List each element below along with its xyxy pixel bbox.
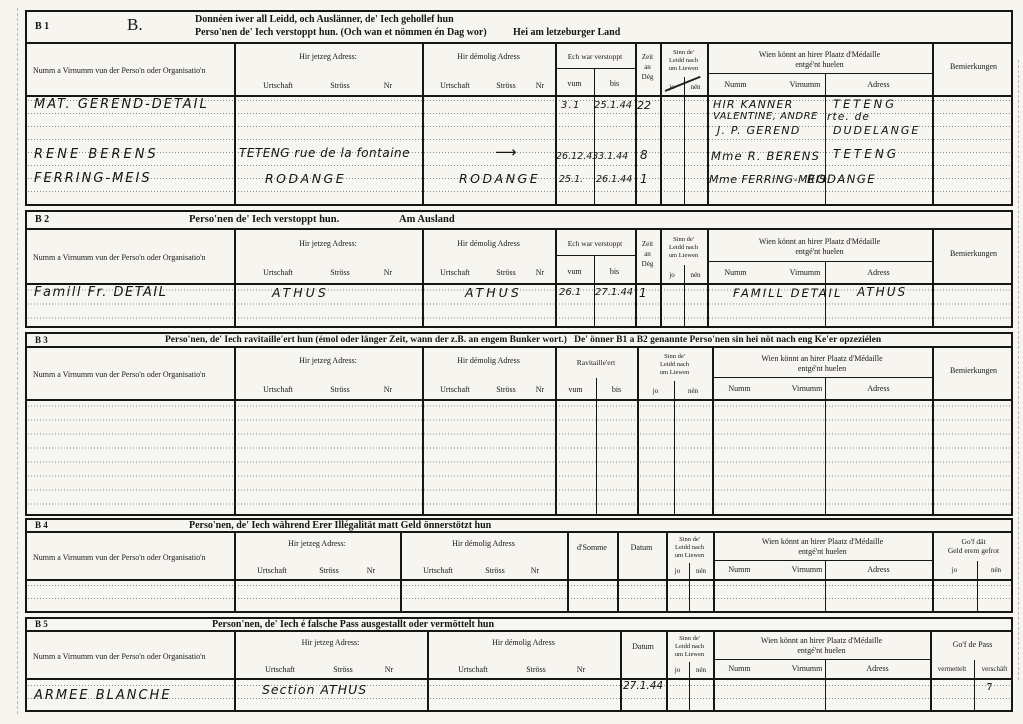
handwritten-medal-adress: ATHUS	[857, 285, 907, 299]
section-b4: B 4 Perso'nen, de' Iech während Erer Ill…	[25, 518, 1013, 613]
grid-line	[567, 581, 569, 611]
grid-line	[689, 662, 690, 678]
b3-col-ravi: Ravitaille'ert	[555, 358, 637, 367]
grid-line	[977, 561, 978, 579]
grid-line	[617, 533, 619, 579]
grid-line	[637, 401, 639, 514]
grid-line	[713, 533, 715, 579]
handwritten-address: ATHUS	[272, 285, 329, 300]
grid-line	[932, 44, 934, 95]
grid-line	[234, 285, 236, 326]
handwritten-vum: 26.12.43	[556, 151, 598, 162]
grid-line	[555, 348, 557, 399]
b3-sub-stross1: Ströss	[315, 385, 365, 394]
grid-line	[422, 285, 424, 326]
grid-line	[234, 230, 236, 283]
b5-col-demolig: Hir démolig Adress	[427, 638, 620, 647]
grid-line	[713, 659, 930, 660]
b1-sub-numm: Numm	[713, 80, 758, 89]
handwritten-bis: 26.1.44	[596, 174, 632, 185]
grid-line	[825, 377, 826, 399]
handwritten-zeit: 1	[640, 172, 649, 186]
b4-sub-jo: jo	[666, 567, 689, 575]
b1-col-sinn2: Leidd nach	[660, 57, 707, 64]
handwritten-medal-adress: TETENG	[833, 147, 899, 161]
b1-col-verstoppt: Ech war verstoppt	[555, 52, 635, 61]
grid-line	[660, 230, 662, 283]
grid-line	[666, 632, 668, 678]
b1-sub-stross2: Ströss	[485, 81, 527, 90]
b4-sub-adress: Adress	[827, 565, 930, 574]
grid-line	[555, 285, 557, 326]
b1-label: B 1	[35, 21, 49, 32]
b4-sub-gof-jo: jo	[932, 566, 977, 574]
grid-line	[660, 44, 662, 95]
grid-line	[712, 348, 714, 399]
grid-line	[400, 533, 402, 579]
b2-col-zeit1: Zeit	[635, 240, 660, 248]
b5-col-sinn1: Sinn de'	[666, 635, 713, 642]
b2-col-sinn2: Leidd nach	[660, 244, 707, 251]
section-b2: B 2 Perso'nen de' Iech verstoppt hun. Am…	[25, 210, 1013, 328]
b4-sub-nr2: Nr	[521, 566, 549, 575]
b1-sub-nen: nén	[684, 83, 707, 91]
b4-col-demolig: Hir démolig Adress	[400, 539, 567, 548]
b3-title-part1: Perso'nen, de' Iech ravitaille'ert hun (…	[165, 335, 567, 345]
b2-sub-nr1: Nr	[373, 268, 403, 277]
b3-col-sinn1: Sinn de'	[637, 353, 712, 360]
grid-line	[684, 285, 685, 326]
grid-line	[932, 581, 934, 611]
b1-sub-urtschaft2: Urtschaft	[425, 81, 485, 90]
grid-line	[666, 680, 668, 710]
grid-line	[400, 581, 402, 611]
grid-line	[234, 401, 236, 514]
grid-line	[660, 97, 662, 204]
b5-col-sinn2: Leidd nach	[666, 643, 713, 650]
grid-line	[932, 348, 934, 399]
b4-column-header: Numm a Virnumm vun der Perso'n oder Orga…	[27, 533, 1011, 581]
grid-line	[707, 261, 932, 262]
b3-sub-nr1: Nr	[373, 385, 403, 394]
b5-sub-vermettelt: vermettelt	[930, 665, 974, 673]
b5-sub-numm: Numm	[717, 664, 762, 673]
grid-line	[666, 533, 668, 579]
b3-col-demolig: Hir démolig Adress	[422, 356, 555, 365]
b3-label: B 3	[35, 335, 48, 345]
grid-line	[635, 230, 637, 283]
b1-title-band: B 1 B. Donnéen iwer all Leidd, och Auslä…	[27, 12, 1011, 44]
grid-line	[825, 261, 826, 283]
b3-body	[27, 401, 1011, 514]
handwritten-name: FERRING-MEIS	[34, 171, 152, 186]
b2-sub-stross2: Ströss	[485, 268, 527, 277]
right-margin-mark	[1018, 60, 1019, 680]
handwritten-medal-adress: TETENG	[833, 97, 897, 111]
b3-sub-bis: bis	[596, 385, 637, 394]
b4-sub-urtschaft2: Urtschaft	[407, 566, 469, 575]
handwritten-pass-mark: 7	[987, 682, 992, 693]
grid-line	[713, 560, 932, 561]
grid-line	[712, 377, 932, 378]
grid-line	[635, 285, 637, 326]
b3-sub-urtschaft1: Urtschaft	[243, 385, 313, 394]
b4-col-jetzeg: Hir jetzeg Adress:	[234, 539, 400, 548]
section-b1: B 1 B. Donnéen iwer all Leidd, och Auslä…	[25, 10, 1013, 206]
grid-line	[594, 255, 595, 283]
b1-sub-nr2: Nr	[527, 81, 553, 90]
grid-line	[422, 97, 424, 204]
b3-col-wien1: Wien könnt an hirer Plaatz d'Médaille	[712, 354, 932, 363]
b5-column-header: Numm a Virnumm vun der Perso'n oder Orga…	[27, 632, 1011, 680]
b4-col-gof1: Go'f dät	[932, 537, 1015, 546]
b5-sub-nr1: Nr	[375, 665, 403, 674]
b3-col-sinn3: um Liewen	[637, 369, 712, 376]
grid-line	[674, 401, 675, 514]
b4-sub-stross2: Ströss	[471, 566, 519, 575]
grid-line	[555, 401, 557, 514]
b2-title: Perso'nen de' Iech verstoppt hun.	[189, 214, 339, 225]
b3-col-sinn2: Leidd nach	[637, 361, 712, 368]
b1-col-sinn3: um Liewen	[660, 65, 707, 72]
grid-line	[234, 44, 236, 95]
handwritten-address: ATHUS	[465, 285, 522, 300]
grid-line	[637, 348, 639, 399]
grid-line	[620, 680, 622, 710]
b2-sub-urtschaft2: Urtschaft	[425, 268, 485, 277]
handwritten-address: TETENG rue de la fontaine	[239, 146, 410, 160]
b2-title-suffix: Am Ausland	[399, 214, 455, 225]
grid-line	[620, 632, 622, 678]
handwritten-medal-numm: FAMILL DETAIL	[733, 286, 842, 300]
b4-title: Perso'nen, de' Iech während Erer Illégal…	[189, 520, 491, 531]
b5-sub-nen: nén	[689, 666, 713, 674]
b1-col-wien1: Wien könnt an hirer Plaatz d'Médaille	[707, 50, 932, 59]
grid-line	[825, 97, 826, 204]
grid-line	[707, 97, 709, 204]
b2-sub-nen: nén	[684, 271, 707, 279]
b1-sub-bis: bis	[594, 79, 635, 88]
b2-label: B 2	[35, 214, 49, 225]
grid-line	[707, 73, 932, 74]
b5-col-datum: Datum	[620, 642, 666, 651]
b1-col-jetzeg: Hir jetzeg Adress:	[234, 52, 422, 61]
b3-col-jetzeg: Hir jetzeg Adress:	[234, 356, 422, 365]
grid-line	[660, 285, 662, 326]
b3-col-name: Numm a Virnumm vun der Perso'n oder Orga…	[33, 370, 206, 379]
b1-big-b: B.	[127, 15, 143, 35]
grid-line	[932, 533, 934, 579]
grid-line	[596, 401, 597, 514]
b5-title-band: B 5 Person'nen, de' Iech é falsche Pass …	[27, 619, 1011, 632]
b4-col-datum: Datum	[617, 543, 666, 552]
b3-title-part2: De' önner B1 a B2 genannte Perso'nen sin…	[574, 335, 881, 345]
handwritten-arrow: ⟶	[495, 143, 518, 161]
b4-col-wien1: Wien könnt an hirer Plaatz d'Médaille	[713, 537, 932, 546]
b2-col-zeit2: an	[635, 250, 660, 258]
b1-title-line1: Donnéen iwer all Leidd, och Auslänner, d…	[195, 14, 454, 25]
b2-col-demolig: Hir démolig Adress	[422, 239, 555, 248]
handwritten-zeit: 1	[639, 286, 648, 300]
b3-sub-numm: Numm	[717, 384, 762, 393]
b4-col-sinn3: um Liewen	[666, 552, 713, 559]
handwritten-address: RODANGE	[265, 171, 346, 186]
grid-line	[932, 401, 934, 514]
b2-sub-virnumm: Virnumm	[775, 268, 835, 277]
b1-sub-stross1: Ströss	[315, 81, 365, 90]
grid-line	[594, 68, 595, 95]
grid-line	[712, 401, 714, 514]
grid-line	[825, 560, 826, 579]
b1-col-zeit2: an	[635, 63, 660, 71]
b5-sub-verschaft: verschäft	[974, 665, 1015, 673]
grid-line	[713, 680, 715, 710]
b2-sub-nr2: Nr	[527, 268, 553, 277]
b2-sub-vum: vum	[555, 267, 594, 276]
grid-line	[422, 44, 424, 95]
handwritten-name: Famill Fr. DETAIL	[34, 285, 167, 300]
b2-col-wien2: entgé'nt huelen	[707, 247, 932, 256]
b1-column-header: Numm a Virnumm vun der Perso'n oder Orga…	[27, 44, 1011, 97]
grid-line	[422, 348, 424, 399]
b4-col-gof2: Geld erem gefrot	[932, 546, 1015, 555]
grid-line	[825, 680, 826, 710]
b2-title-band: B 2 Perso'nen de' Iech verstoppt hun. Am…	[27, 212, 1011, 230]
b1-sub-urtschaft1: Urtschaft	[243, 81, 313, 90]
b5-col-sinn3: um Liewen	[666, 651, 713, 658]
b2-body: Famill Fr. DETAIL ATHUS ATHUS 26.1 27.1.…	[27, 285, 1011, 326]
grid-line	[684, 77, 685, 95]
b3-col-wien2: entgé'nt huelen	[712, 364, 932, 373]
handwritten-address: Section ATHUS	[262, 682, 367, 697]
handwritten-medal-numm: Mme R. BERENS	[711, 149, 820, 163]
grid-line	[825, 73, 826, 95]
section-b5: B 5 Person'nen, de' Iech é falsche Pass …	[25, 617, 1013, 712]
b3-sub-nen: nén	[674, 387, 712, 395]
b2-sub-urtschaft1: Urtschaft	[243, 268, 313, 277]
b4-sub-nr1: Nr	[357, 566, 385, 575]
grid-line	[422, 230, 424, 283]
handwritten-medal-numm: J. P. GEREND	[717, 124, 801, 137]
b3-sub-urtschaft2: Urtschaft	[425, 385, 485, 394]
grid-line	[555, 44, 557, 95]
grid-line	[977, 581, 978, 611]
scanned-form-page: B 1 B. Donnéen iwer all Leidd, och Auslä…	[0, 0, 1023, 724]
b5-col-wien1: Wien könnt an hirer Plaatz d'Médaille	[713, 636, 930, 645]
b4-col-sinn2: Leidd nach	[666, 544, 713, 551]
grid-line	[684, 265, 685, 283]
handwritten-bis: 25.1.44	[594, 100, 632, 111]
b4-sub-urtschaft1: Urtschaft	[241, 566, 303, 575]
b5-col-gof: Go'f de Pass	[930, 640, 1015, 649]
b4-title-band: B 4 Perso'nen, de' Iech während Erer Ill…	[27, 520, 1011, 533]
handwritten-medal-adress: DUDELANGE	[833, 124, 920, 137]
b2-sub-bis: bis	[594, 267, 635, 276]
grid-line	[825, 401, 826, 514]
handwritten-vum: 26.1	[559, 287, 581, 298]
b5-sub-urtschaft1: Urtschaft	[249, 665, 311, 674]
grid-line	[689, 581, 690, 611]
b5-col-name: Numm a Virnumm vun der Perso'n oder Orga…	[33, 652, 206, 661]
grid-line	[974, 680, 975, 710]
grid-line	[234, 632, 236, 678]
b1-col-zeit1: Zeit	[635, 53, 660, 61]
b4-col-somme: d'Somme	[567, 543, 617, 552]
grid-line	[234, 348, 236, 399]
b1-sub-nr1: Nr	[373, 81, 403, 90]
b1-body: MAT. GEREND-DETAIL 3.1 25.1.44 22 HIR KA…	[27, 97, 1011, 204]
handwritten-medal-adress: rte. de	[827, 111, 870, 123]
grid-line	[932, 230, 934, 283]
b2-sub-stross1: Ströss	[315, 268, 365, 277]
b3-title-band: B 3 Perso'nen, de' Iech ravitaille'ert h…	[27, 334, 1011, 348]
grid-line	[427, 632, 429, 678]
b4-sub-stross1: Ströss	[305, 566, 353, 575]
b4-sub-nen: nén	[689, 567, 713, 575]
b5-sub-stross2: Ströss	[512, 665, 560, 674]
grid-line	[707, 44, 709, 95]
grid-line	[930, 680, 932, 710]
b1-sub-virnumm: Virnumm	[775, 80, 835, 89]
grid-line	[422, 401, 424, 514]
b1-title-line2: Perso'nen de' Iech verstoppt hun. (Och w…	[195, 27, 487, 38]
grid-line	[596, 378, 597, 399]
grid-line	[932, 285, 934, 326]
b5-sub-adress: Adress	[827, 664, 928, 673]
grid-line	[674, 381, 675, 399]
grid-line	[567, 533, 569, 579]
b5-col-wien2: entgé'nt huelen	[713, 646, 930, 655]
b1-col-bemierkungen: Bemierkungen	[932, 62, 1015, 71]
handwritten-medal-numm: VALENTINE, ANDRE	[713, 111, 818, 122]
b1-col-zeit3: Dég	[635, 73, 660, 81]
grid-line	[635, 44, 637, 95]
b4-label: B 4	[35, 520, 48, 530]
grid-line	[689, 680, 690, 710]
b1-col-sinn1: Sinn de'	[660, 49, 707, 56]
b3-sub-nr2: Nr	[527, 385, 553, 394]
grid-line	[825, 581, 826, 611]
b4-col-name: Numm a Virnumm vun der Perso'n oder Orga…	[33, 553, 206, 562]
grid-line	[234, 97, 236, 204]
b3-sub-vum: vum	[555, 385, 596, 394]
b2-col-sinn1: Sinn de'	[660, 236, 707, 243]
grid-line	[930, 632, 932, 678]
b5-body: ARMEE BLANCHE Section ATHUS 27.1.44 7	[27, 680, 1011, 710]
handwritten-name: RENE BERENS	[34, 147, 159, 162]
b5-sub-urtschaft2: Urtschaft	[442, 665, 504, 674]
b3-sub-stross2: Ströss	[485, 385, 527, 394]
b3-sub-adress: Adress	[827, 384, 930, 393]
b2-col-bemierkungen: Bemierkungen	[932, 249, 1015, 258]
grid-line	[635, 97, 637, 204]
grid-line	[932, 97, 934, 204]
b2-col-verstoppt: Ech war verstoppt	[555, 239, 635, 248]
left-margin-mark	[17, 8, 18, 714]
grid-line	[427, 680, 429, 710]
b1-col-wien2: entgé'nt huelen	[707, 60, 932, 69]
b1-col-name: Numm a Virnumm vun der Perso'n oder Orga…	[33, 66, 206, 75]
b3-col-bemierkungen: Bemierkungen	[932, 366, 1015, 375]
grid-line	[713, 581, 715, 611]
handwritten-datum: 27.1.44	[623, 680, 663, 692]
handwritten-bis: 27.1.44	[595, 287, 633, 298]
grid-line	[666, 581, 668, 611]
grid-line	[684, 97, 685, 204]
b1-sub-vum: vum	[555, 79, 594, 88]
handwritten-medal-numm: HIR KANNER	[713, 98, 793, 111]
grid-line	[555, 68, 635, 69]
b2-sub-numm: Numm	[713, 268, 758, 277]
grid-line	[234, 581, 236, 611]
grid-line	[689, 563, 690, 579]
handwritten-vum: 3.1	[561, 100, 581, 111]
b4-sub-gof-nen: nén	[977, 566, 1015, 574]
b5-label: B 5	[35, 619, 48, 629]
grid-line	[707, 230, 709, 283]
b5-sub-jo: jo	[666, 666, 689, 674]
b3-title: Perso'nen, de' Iech ravitaille'ert hun (…	[165, 335, 881, 345]
grid-line	[825, 659, 826, 678]
b4-col-sinn1: Sinn de'	[666, 536, 713, 543]
handwritten-zeit: 22	[637, 99, 651, 112]
b2-column-header: Numm a Virnumm vun der Perso'n oder Orga…	[27, 230, 1011, 285]
b5-sub-stross1: Ströss	[319, 665, 367, 674]
b2-col-zeit3: Dég	[635, 260, 660, 268]
grid-line	[555, 255, 635, 256]
b3-sub-jo: jo	[637, 387, 674, 395]
handwritten-address: RODANGE	[459, 171, 540, 186]
handwritten-name: MAT. GEREND-DETAIL	[34, 97, 209, 112]
b2-col-sinn3: um Liewen	[660, 252, 707, 259]
b4-col-wien2: entgé'nt huelen	[713, 547, 932, 556]
grid-line	[234, 680, 236, 710]
b4-sub-numm: Numm	[717, 565, 762, 574]
b5-sub-nr2: Nr	[567, 665, 595, 674]
b5-col-jetzeg: Hir jetzeg Adress:	[234, 638, 427, 647]
grid-line	[234, 533, 236, 579]
handwritten-name: ARMEE BLANCHE	[34, 688, 172, 703]
b2-sub-adress: Adress	[827, 268, 930, 277]
b5-title: Person'nen, de' Iech é falsche Pass ausg…	[212, 619, 494, 630]
b2-col-jetzeg: Hir jetzeg Adress:	[234, 239, 422, 248]
grid-line	[713, 632, 715, 678]
handwritten-medal-adress: RODANGE	[807, 172, 876, 186]
b4-body	[27, 581, 1011, 611]
grid-line	[555, 230, 557, 283]
grid-line	[707, 285, 709, 326]
handwritten-vum: 25.1.	[559, 174, 583, 185]
b2-col-name: Numm a Virnumm vun der Perso'n oder Orga…	[33, 253, 206, 262]
grid-line	[974, 660, 975, 678]
b1-title-suffix: Hei am letzeburger Land	[513, 27, 620, 38]
b1-sub-adress: Adress	[827, 80, 930, 89]
b2-sub-jo: jo	[660, 271, 684, 279]
handwritten-bis: 3.1.44	[598, 151, 628, 162]
handwritten-zeit: 8	[640, 148, 649, 162]
b3-column-header: Numm a Virnumm vun der Perso'n oder Orga…	[27, 348, 1011, 401]
b1-col-demolig: Hir démolig Adress	[422, 52, 555, 61]
grid-line	[617, 581, 619, 611]
b2-col-wien1: Wien könnt an hirer Plaatz d'Médaille	[707, 237, 932, 246]
section-b3: B 3 Perso'nen, de' Iech ravitaille'ert h…	[25, 332, 1013, 516]
